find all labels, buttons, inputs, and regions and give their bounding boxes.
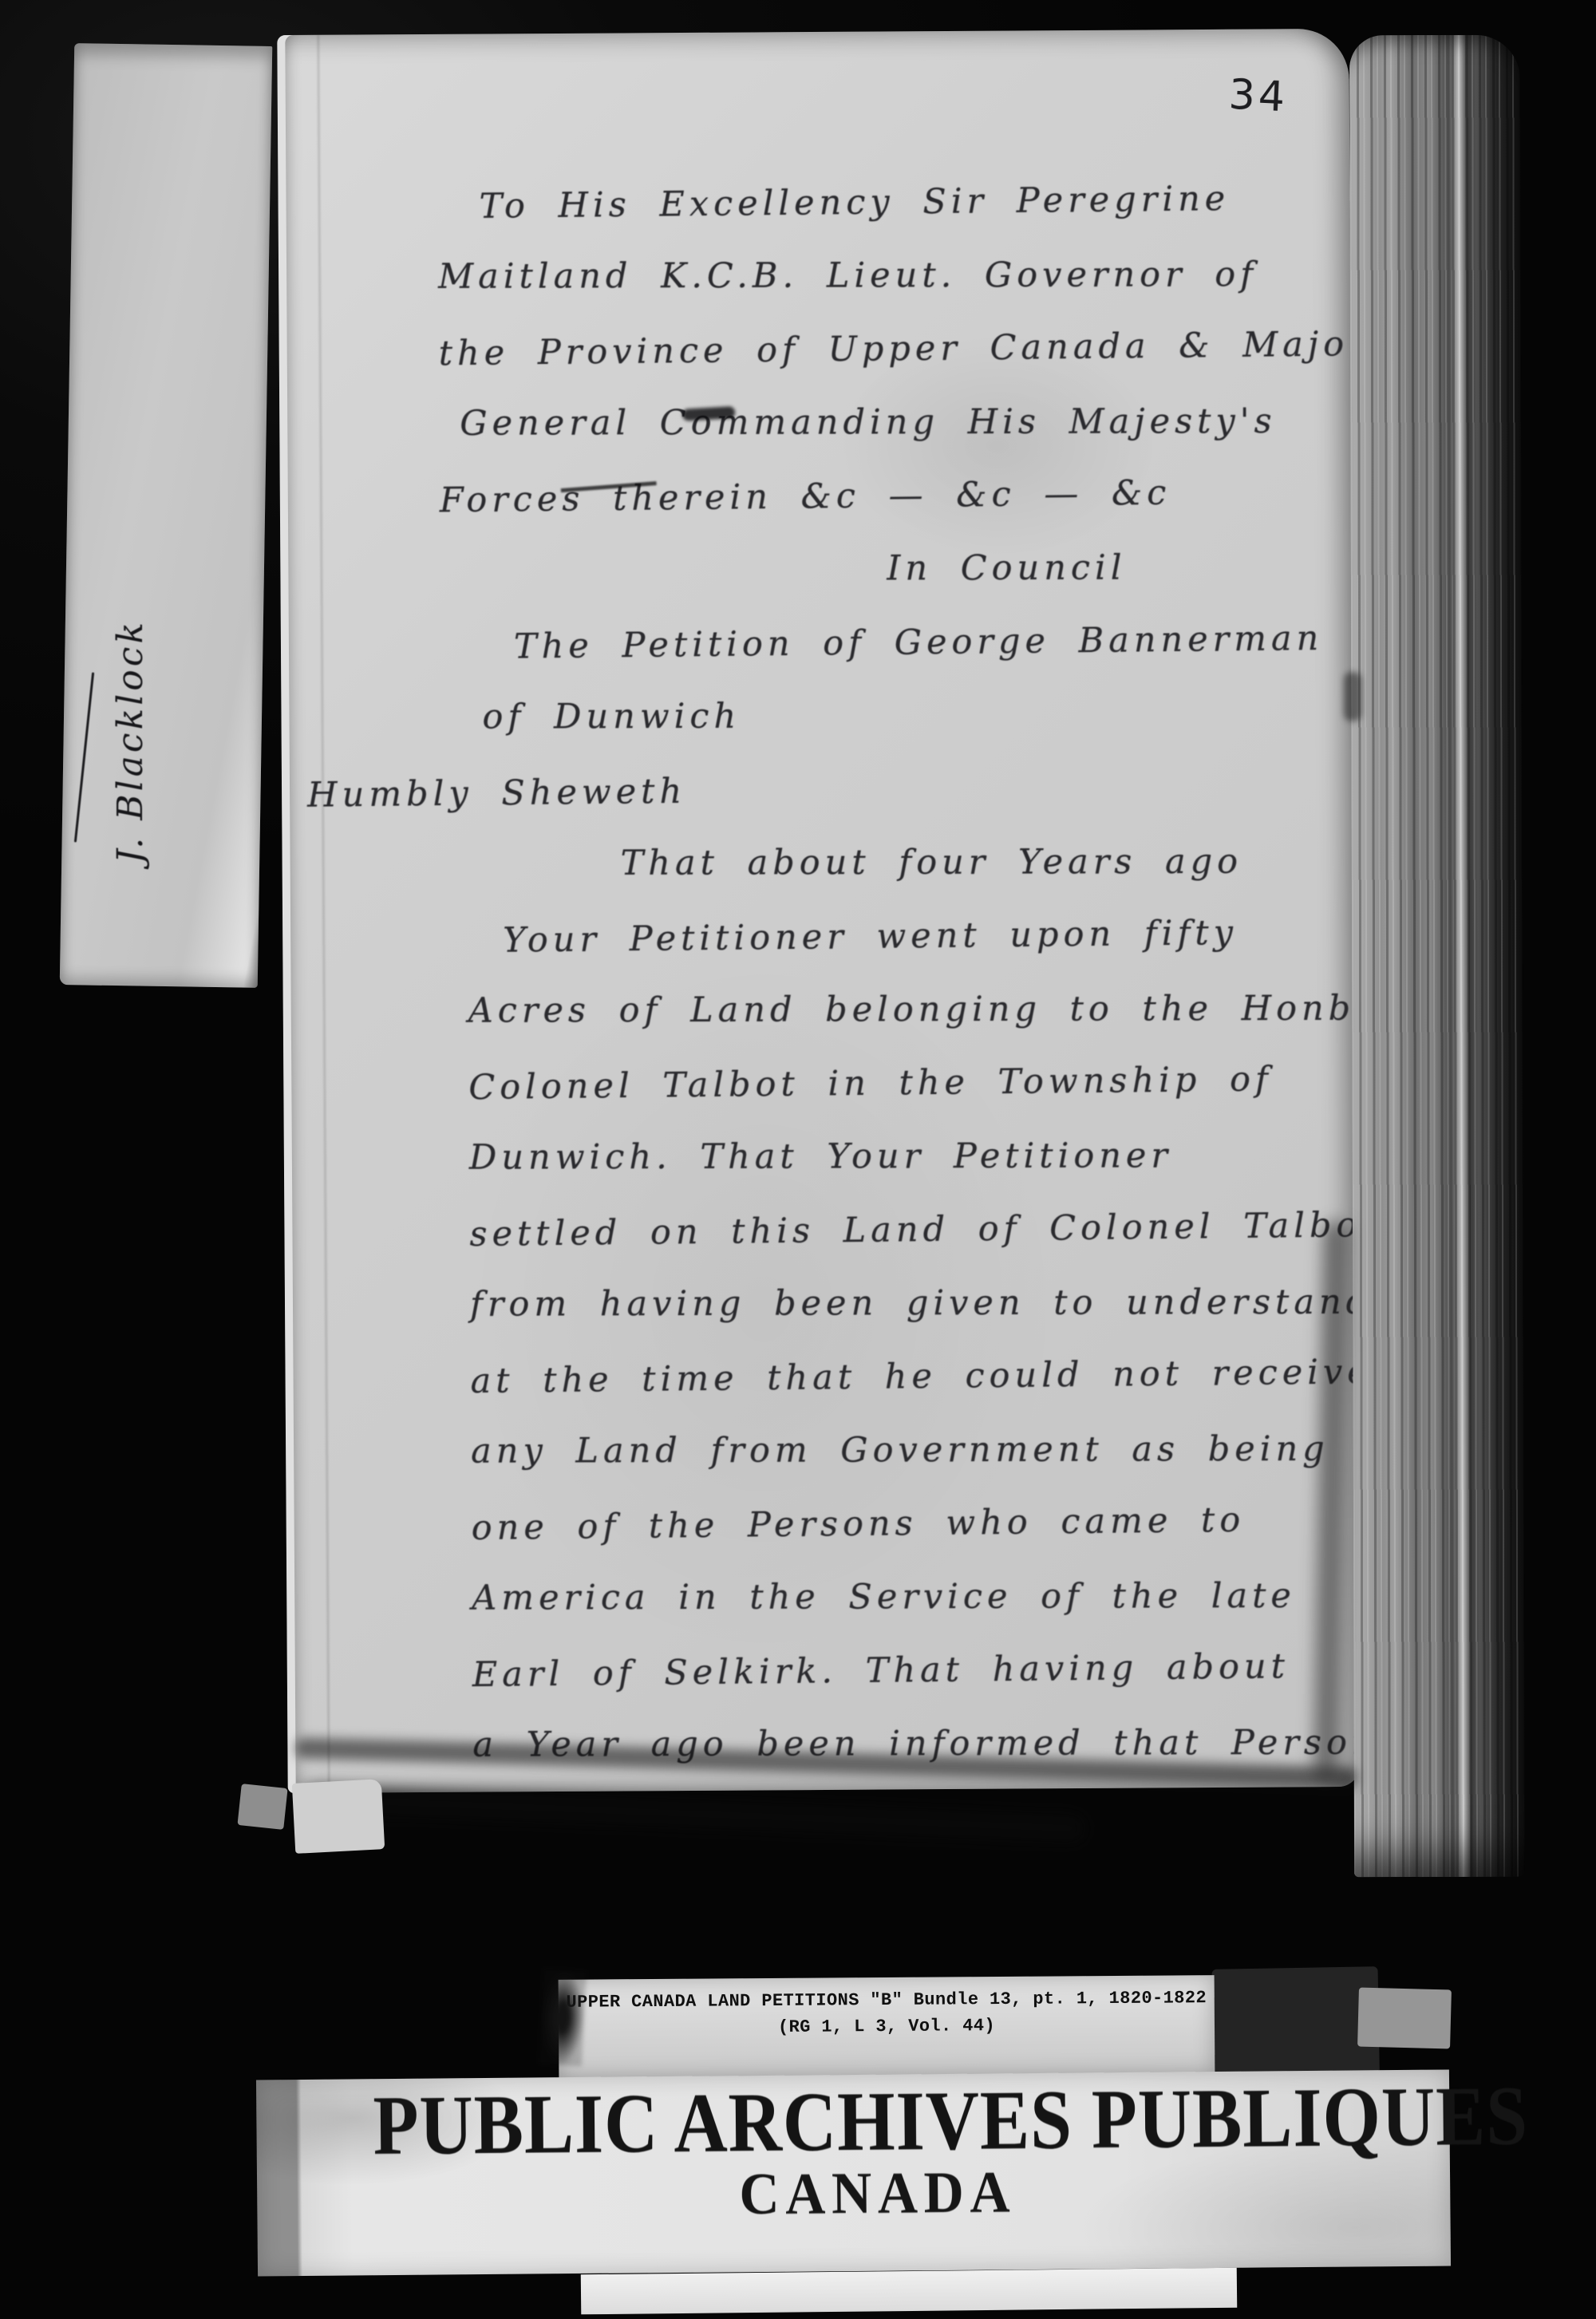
manuscript-line: America in the Service of the late	[472, 1559, 1358, 1635]
archives-label: PUBLIC ARCHIVES PUBLIQUES CANADA	[256, 2069, 1451, 2276]
manuscript-line: In Council	[887, 531, 1352, 606]
page-edge-nick	[1344, 672, 1361, 721]
manuscript-line: at the time that he could not receive	[470, 1335, 1357, 1418]
manuscript-line: Acres of Land belonging to the Honble	[468, 972, 1355, 1048]
torn-label-fragment	[1357, 1987, 1452, 2048]
manuscript-line: of Dunwich	[482, 678, 1353, 754]
manuscript-text: To His Excellency Sir PeregrineMaitland …	[278, 163, 1359, 1784]
manuscript-line: Humbly Sheweth	[307, 748, 1354, 832]
archives-label-line1: PUBLIC ARCHIVES PUBLIQUES	[373, 2075, 1381, 2168]
petition-page: 34 To His Excellency Sir PeregrineMaitla…	[277, 29, 1359, 1793]
adjacent-page-edge	[60, 43, 273, 988]
under-page-corner	[292, 1779, 385, 1854]
under-page-fragment	[237, 1784, 287, 1830]
label-bottom-strip	[581, 2268, 1237, 2315]
bottom-crease-shadow	[303, 1785, 1086, 1843]
manuscript-line: Your Petitioner went upon fifty	[503, 895, 1355, 978]
manuscript-line: That about four Years ago	[621, 825, 1354, 900]
label-edge-smudge	[539, 1969, 587, 2067]
manuscript-line: from having been given to understand	[470, 1266, 1357, 1341]
manuscript-line: General Commanding His Majesty's	[460, 385, 1351, 460]
manuscript-line: any Land from Government as being	[471, 1412, 1357, 1488]
manuscript-line: Maitland K.C.B. Lieut. Governor of	[438, 238, 1350, 314]
manuscript-line: Dunwich. That Your Petitioner	[469, 1119, 1356, 1195]
manuscript-line: settled on this Land of Colonel Talbots,	[469, 1188, 1357, 1271]
manuscript-line: Earl of Selkirk. That having about	[472, 1629, 1359, 1712]
manuscript-line: Forces therein &c — &c — &c	[439, 454, 1352, 537]
manuscript-line: the Province of Upper Canada & Major	[438, 307, 1351, 390]
microfilm-frame: J. Blacklock 34 To His Excellency Sir Pe…	[0, 0, 1596, 2319]
manuscript-line: Colonel Talbot in the Township of	[468, 1041, 1356, 1124]
archives-label-line2: CANADA	[339, 2159, 1416, 2228]
marginal-signature: J. Blacklock	[110, 488, 151, 863]
manuscript-line: one of the Persons who came to	[471, 1482, 1358, 1565]
manuscript-line: The Petition of George Bannerman	[513, 602, 1353, 684]
page-number: 34	[1227, 71, 1289, 121]
reference-label-line2: (RG 1, L 3, Vol. 44)	[559, 2014, 1215, 2039]
reference-label-line1: UPPER CANADA LAND PETITIONS "B" Bundle 1…	[559, 1988, 1215, 2013]
page-stack-edges	[1349, 35, 1525, 1878]
manuscript-line: To His Excellency Sir Peregrine	[479, 161, 1350, 243]
reference-label: UPPER CANADA LAND PETITIONS "B" Bundle 1…	[559, 1975, 1215, 2079]
